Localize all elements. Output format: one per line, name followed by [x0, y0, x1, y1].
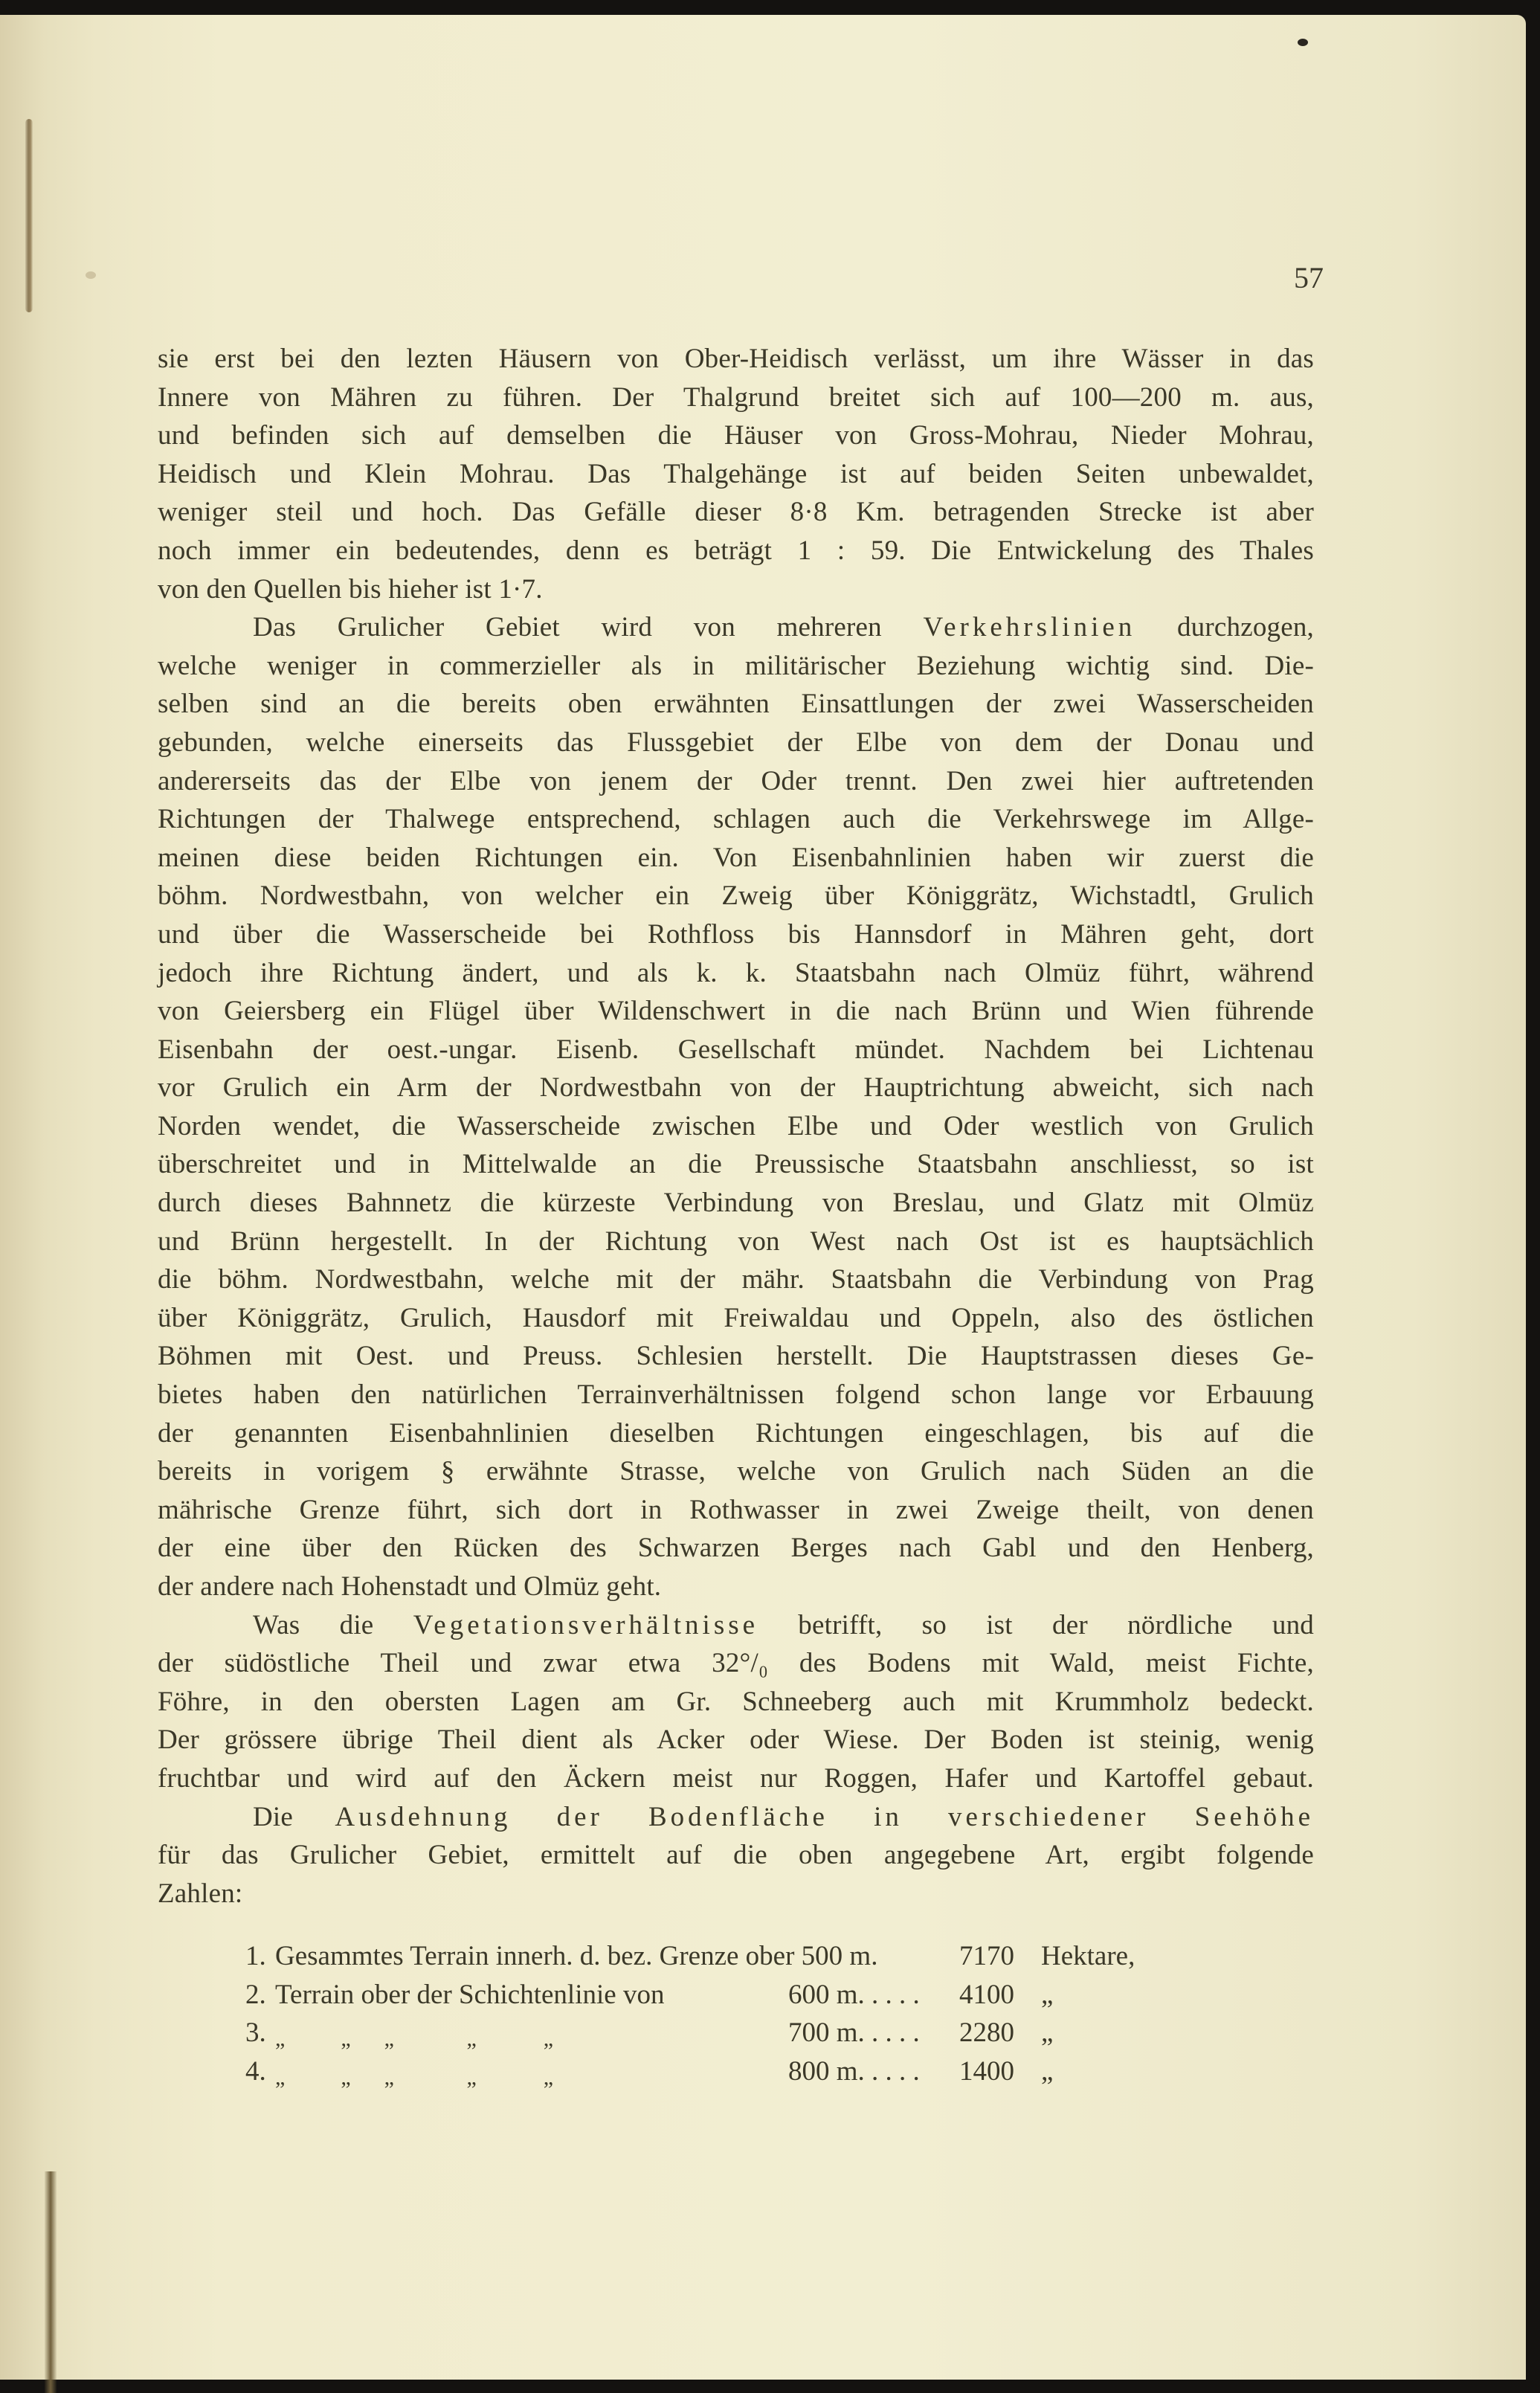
text-line: Richtungen der Thalwege entsprechend, sc…: [158, 800, 1314, 839]
text-line: der andere nach Hohenstadt und Olmüz geh…: [158, 1568, 1314, 1606]
emphasis-spaced: Vegetationsverhältnisse: [413, 1610, 758, 1640]
text-line: Norden wendet, die Wasserscheide zwische…: [158, 1107, 1314, 1146]
row-unit: „: [1041, 1976, 1053, 2014]
text-line: andererseits das der Elbe von jenem der …: [158, 762, 1314, 801]
text-line: weniger steil und hoch. Das Gefälle dies…: [158, 493, 1314, 532]
text-line: bietes haben den natürlichen Terrainverh…: [158, 1376, 1314, 1414]
text-line: Böhmen mit Oest. und Preuss. Schlesien h…: [158, 1337, 1314, 1376]
paragraph-start: Die Ausdehnung der Bodenfläche in versch…: [158, 1798, 1314, 1837]
binding-shadow: [25, 119, 33, 312]
text-line: sie erst bei den lezten Häusern von Ober…: [158, 340, 1314, 379]
row-elevation: 700 m. . . . .: [788, 2014, 920, 2052]
text-line: über Königgrätz, Grulich, Hausdorf mit F…: [158, 1299, 1314, 1338]
table-row: 4. „ „ „ „ „ 800 m. . . . . 1400 „: [245, 2052, 1212, 2091]
text-line: Eisenbahn der oest.-ungar. Eisenb. Gesel…: [158, 1031, 1314, 1069]
text-line: von den Quellen bis hieher ist 1·7.: [158, 570, 1314, 609]
text-line: welche weniger in commerzieller als in m…: [158, 647, 1314, 686]
text-line: der eine über den Rücken des Schwarzen B…: [158, 1529, 1314, 1568]
text-line: durch dieses Bahnnetz die kürzeste Verbi…: [158, 1184, 1314, 1223]
text-line: und über die Wasserscheide bei Rothfloss…: [158, 915, 1314, 954]
row-description: Gesammtes Terrain innerh. d. bez. Grenze…: [275, 1937, 877, 1976]
text-run: betrifft, so ist der nördliche und: [758, 1610, 1314, 1640]
page-number: 57: [1279, 260, 1324, 295]
text-line: bereits in vorigem § erwähnte Strasse, w…: [158, 1452, 1314, 1491]
text-line: gebunden, welche einerseits das Flussgeb…: [158, 724, 1314, 762]
text-run: Die: [253, 1802, 335, 1832]
text-line: Heidisch und Klein Mohrau. Das Thalgehän…: [158, 455, 1314, 494]
row-elevation: 800 m. . . . .: [788, 2052, 920, 2091]
text-line: jedoch ihre Richtung ändert, und als k. …: [158, 954, 1314, 993]
ink-spot: [1298, 39, 1308, 46]
text-line: für das Grulicher Gebiet, ermittelt auf …: [158, 1836, 1314, 1875]
binding-shadow-bottom: [45, 2171, 57, 2393]
emphasis-spaced: Ausdehnung der Bodenfläche in verschiede…: [335, 1802, 1314, 1832]
text-line: fruchtbar und wird auf den Äckern meist …: [158, 1759, 1314, 1798]
text-line: selben sind an die bereits oben erwähnte…: [158, 685, 1314, 724]
row-number: 3.: [245, 2014, 266, 2052]
row-description: Terrain ober der Schichtenlinie von: [275, 1976, 664, 2014]
row-value: 2280: [959, 2014, 1014, 2052]
paragraph-start: Das Grulicher Gebiet wird von mehreren V…: [158, 608, 1314, 647]
text-line: meinen diese beiden Richtungen ein. Von …: [158, 839, 1314, 877]
text-run: Das Grulicher Gebiet wird von mehreren: [253, 612, 924, 642]
text-line: Föhre, in den obersten Lagen am Gr. Schn…: [158, 1683, 1314, 1722]
text-run: durchzogen,: [1135, 612, 1314, 642]
text-line: Innere von Mähren zu führen. Der Thalgru…: [158, 379, 1314, 417]
text-line: mährische Grenze führt, sich dort in Rot…: [158, 1491, 1314, 1530]
text-line: überschreitet und in Mittelwalde an die …: [158, 1145, 1314, 1184]
row-number: 2.: [245, 1976, 266, 2014]
text-line: Zahlen:: [158, 1875, 1314, 1913]
row-value: 1400: [959, 2052, 1014, 2091]
text-line: und befinden sich auf demselben die Häus…: [158, 416, 1314, 455]
row-unit: „: [1041, 2052, 1053, 2091]
table-row: 2. Terrain ober der Schichtenlinie von 6…: [245, 1976, 1212, 2014]
text-line: noch immer ein bedeutendes, denn es betr…: [158, 532, 1314, 570]
row-number: 1.: [245, 1937, 266, 1976]
text-line: und Brünn hergestellt. In der Richtung v…: [158, 1223, 1314, 1261]
paragraph-start: Was die Vegetationsverhältnisse betrifft…: [158, 1606, 1314, 1645]
row-description: „ „ „ „ „: [275, 2058, 553, 2097]
text-line: Der grössere übrige Theil dient als Acke…: [158, 1721, 1314, 1759]
row-value: 7170: [959, 1937, 1014, 1976]
text-line: der genannten Eisenbahnlinien dieselben …: [158, 1414, 1314, 1453]
table-row: 3. „ „ „ „ „ 700 m. . . . . 2280 „: [245, 2014, 1212, 2052]
row-unit: „: [1041, 2014, 1053, 2052]
book-page: 57 sie erst bei den lezten Häusern von O…: [0, 15, 1526, 2380]
text-line: die böhm. Nordwestbahn, welche mit der m…: [158, 1260, 1314, 1299]
paper-spot: [86, 271, 96, 279]
text-run: Was die: [253, 1610, 413, 1640]
text-line: der südöstliche Theil und zwar etwa 32°/…: [158, 1644, 1314, 1683]
row-number: 4.: [245, 2052, 266, 2091]
row-elevation: 600 m. . . . .: [788, 1976, 920, 2014]
emphasis-spaced: Verkehrslinien: [924, 612, 1136, 642]
text-line: von Geiersberg ein Flügel über Wildensch…: [158, 992, 1314, 1031]
text-line: böhm. Nordwestbahn, von welcher ein Zwei…: [158, 877, 1314, 915]
row-unit: Hektare,: [1041, 1937, 1135, 1976]
elevation-table: 1. Gesammtes Terrain innerh. d. bez. Gre…: [245, 1937, 1212, 2090]
text-line: vor Grulich ein Arm der Nordwestbahn von…: [158, 1069, 1314, 1107]
body-text: sie erst bei den lezten Häusern von Ober…: [158, 340, 1314, 1913]
table-row: 1. Gesammtes Terrain innerh. d. bez. Gre…: [245, 1937, 1212, 1976]
row-value: 4100: [959, 1976, 1014, 2014]
